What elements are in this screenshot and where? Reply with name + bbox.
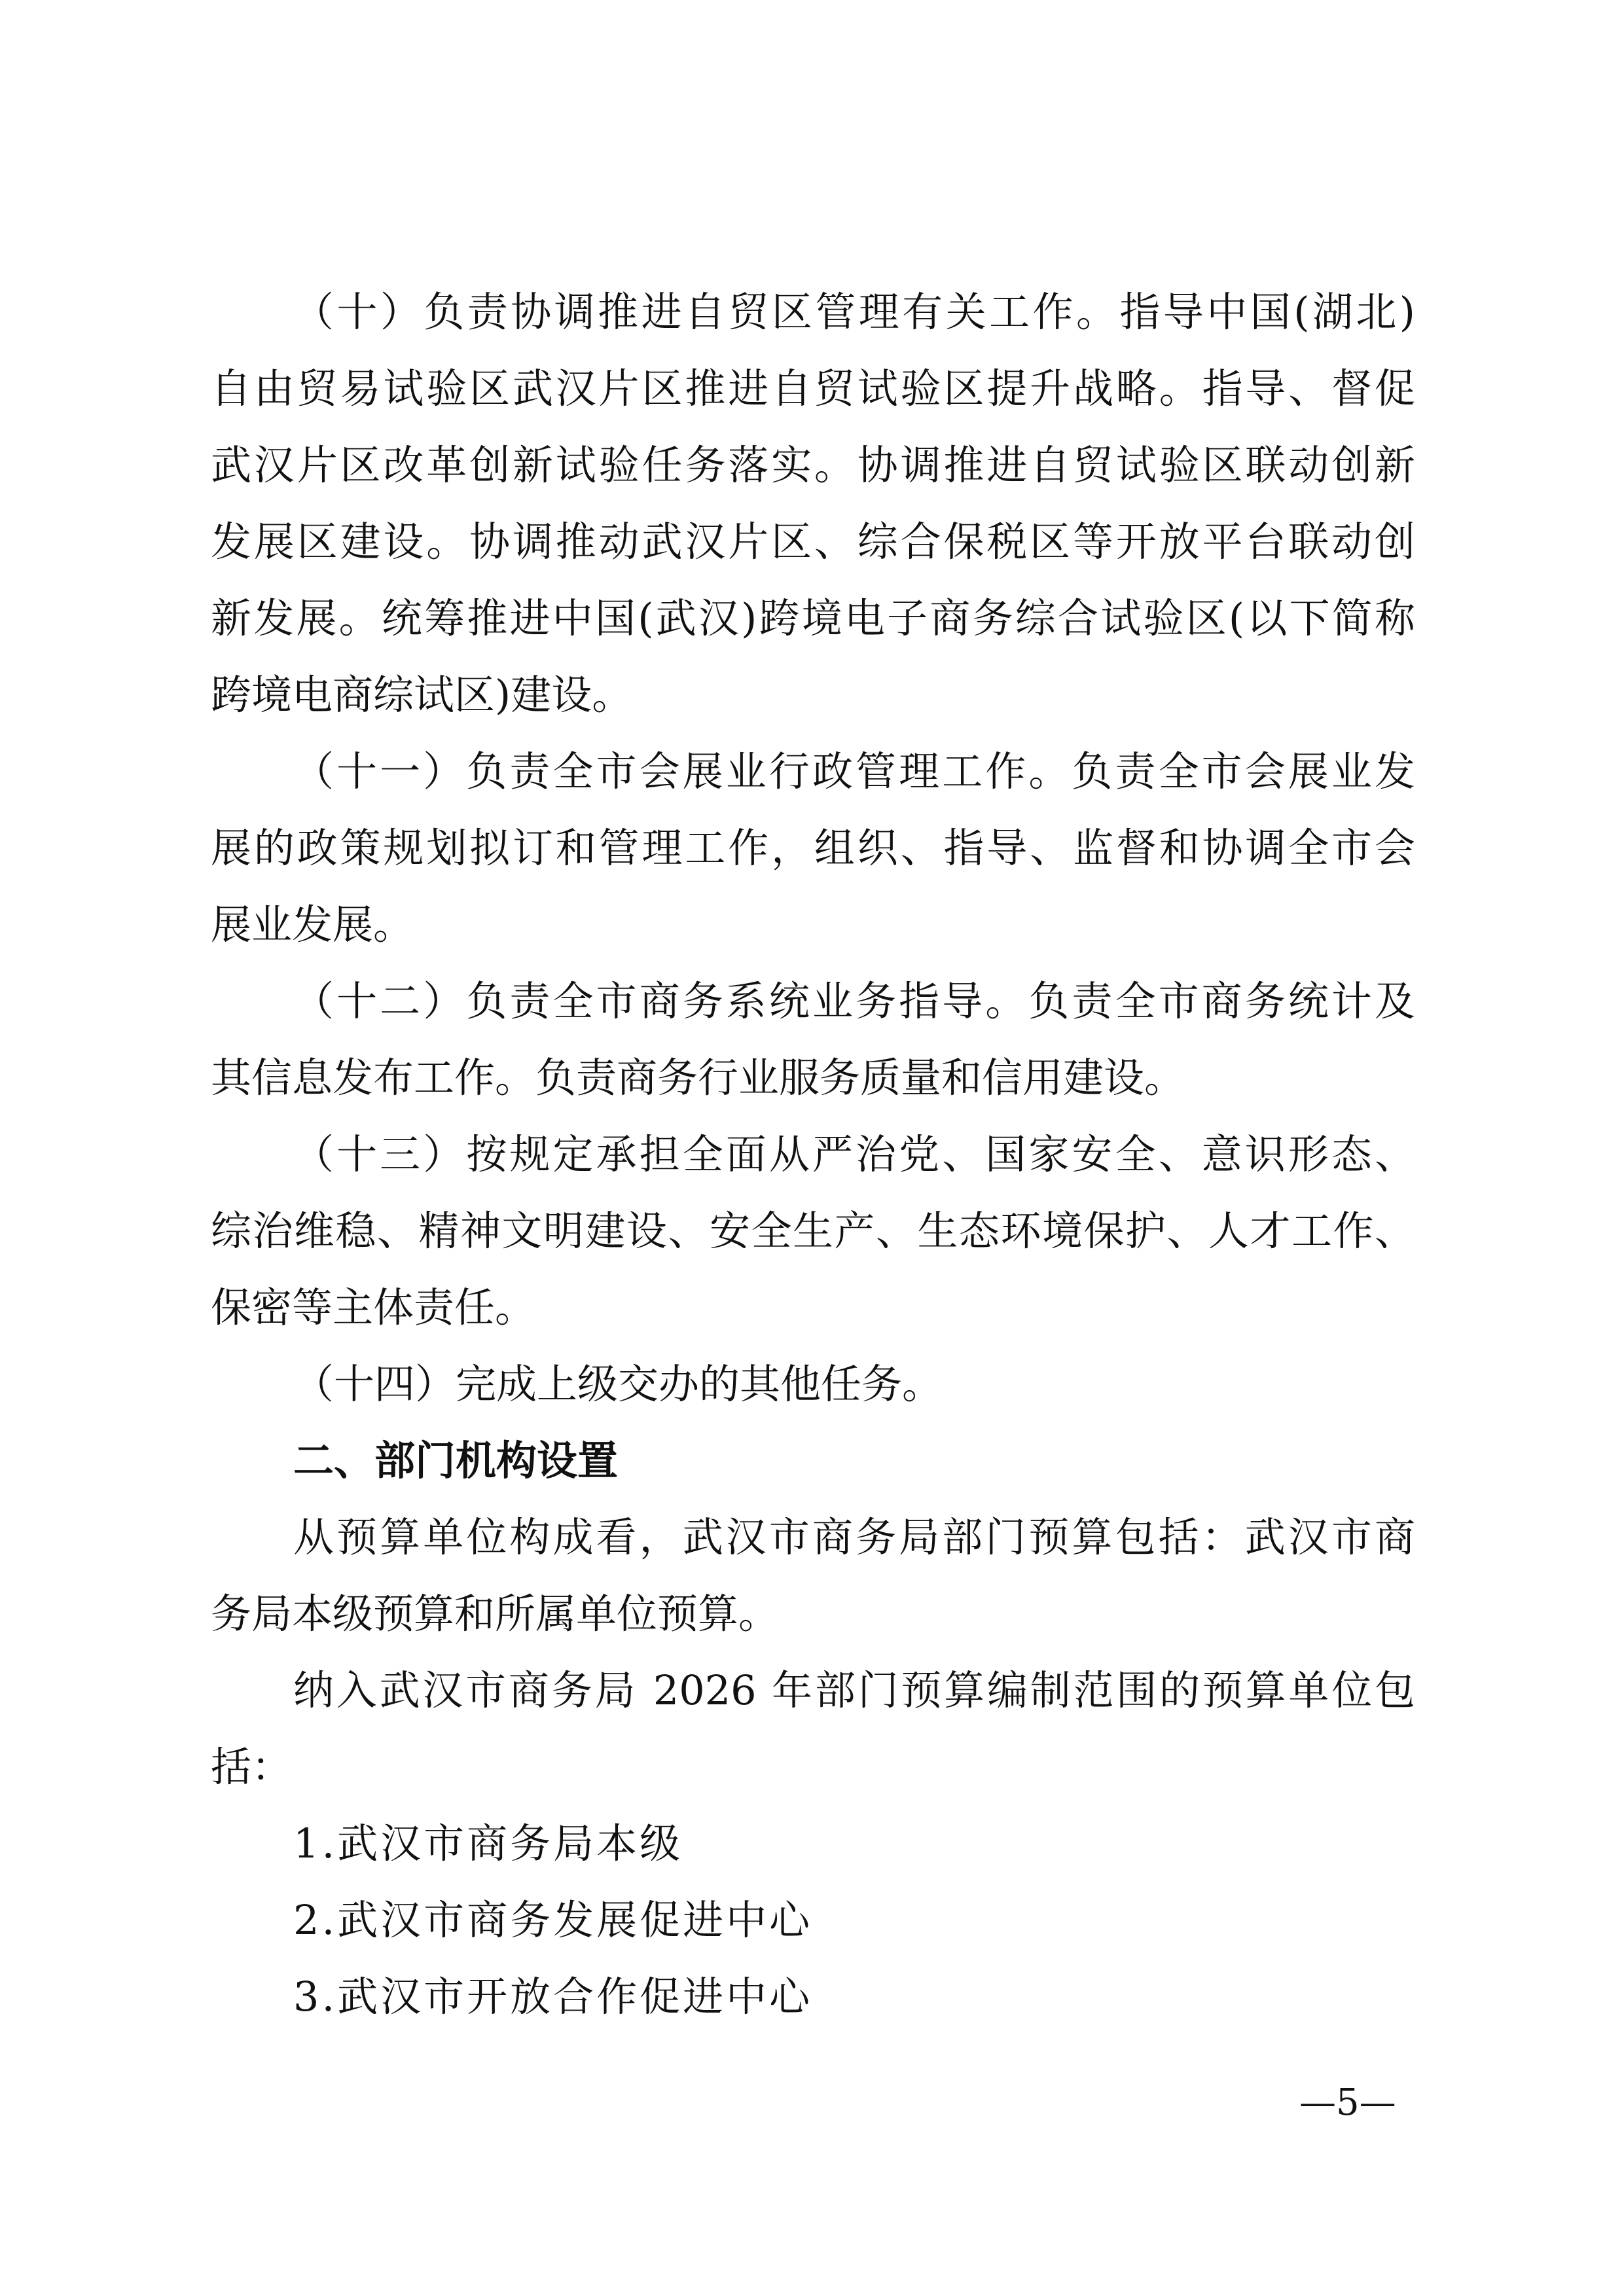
- text-line: 务局本级预算和所属单位预算。: [211, 1575, 1415, 1652]
- text-line: （十一）负责全市会展业行政管理工作。负责全市会展业发: [211, 733, 1415, 810]
- text-line: 综治维稳、精神文明建设、安全生产、生态环境保护、人才工作、: [211, 1193, 1415, 1269]
- paragraph-item-11: （十一）负责全市会展业行政管理工作。负责全市会展业发 展的政策规划拟订和管理工作…: [211, 733, 1415, 963]
- text-line: 武汉片区改革创新试验任务落实。协调推进自贸试验区联动创新: [211, 427, 1415, 503]
- list-item: 1.武汉市商务局本级: [211, 1805, 1415, 1882]
- list-item: 3.武汉市开放合作促进中心: [211, 1958, 1415, 2035]
- text-line: 展的政策规划拟订和管理工作，组织、指导、监督和协调全市会: [211, 810, 1415, 886]
- budget-unit-list: 1.武汉市商务局本级 2.武汉市商务发展促进中心 3.武汉市开放合作促进中心: [211, 1805, 1415, 2035]
- paragraph-item-14: （十四）完成上级交办的其他任务。: [211, 1346, 1415, 1422]
- text-line: （十三）按规定承担全面从严治党、国家安全、意识形态、: [211, 1116, 1415, 1193]
- paragraph-item-12: （十二）负责全市商务系统业务指导。负责全市商务统计及 其信息发布工作。负责商务行…: [211, 963, 1415, 1116]
- text-line: 发展区建设。协调推动武汉片区、综合保税区等开放平台联动创: [211, 503, 1415, 580]
- text-line: （十）负责协调推进自贸区管理有关工作。指导中国(湖北): [211, 274, 1415, 350]
- page-number: —5—: [1299, 2081, 1396, 2124]
- text-line: 新发展。统筹推进中国(武汉)跨境电子商务综合试验区(以下简称: [211, 580, 1415, 656]
- list-item: 2.武汉市商务发展促进中心: [211, 1882, 1415, 1958]
- text-line: 自由贸易试验区武汉片区推进自贸试验区提升战略。指导、督促: [211, 350, 1415, 427]
- text-line: 纳入武汉市商务局 2026 年部门预算编制范围的预算单位包: [211, 1652, 1415, 1729]
- text-line: 从预算单位构成看，武汉市商务局部门预算包括：武汉市商: [211, 1499, 1415, 1575]
- section-heading: 二、部门机构设置: [211, 1422, 1415, 1499]
- paragraph-item-10: （十）负责协调推进自贸区管理有关工作。指导中国(湖北) 自由贸易试验区武汉片区推…: [211, 274, 1415, 733]
- text-line: 跨境电商综试区)建设。: [211, 656, 1415, 733]
- text-line: 保密等主体责任。: [211, 1269, 1415, 1346]
- text-line: 其信息发布工作。负责商务行业服务质量和信用建设。: [211, 1039, 1415, 1116]
- document-page: （十）负责协调推进自贸区管理有关工作。指导中国(湖北) 自由贸易试验区武汉片区推…: [0, 0, 1624, 2296]
- text-line: 展业发展。: [211, 886, 1415, 963]
- paragraph-budget-scope: 纳入武汉市商务局 2026 年部门预算编制范围的预算单位包 括：: [211, 1652, 1415, 1805]
- paragraph-budget-composition: 从预算单位构成看，武汉市商务局部门预算包括：武汉市商 务局本级预算和所属单位预算…: [211, 1499, 1415, 1652]
- text-line: （十二）负责全市商务系统业务指导。负责全市商务统计及: [211, 963, 1415, 1039]
- text-line: （十四）完成上级交办的其他任务。: [211, 1346, 1415, 1422]
- text-line: 括：: [211, 1729, 1415, 1805]
- document-body: （十）负责协调推进自贸区管理有关工作。指导中国(湖北) 自由贸易试验区武汉片区推…: [211, 274, 1415, 2035]
- paragraph-item-13: （十三）按规定承担全面从严治党、国家安全、意识形态、 综治维稳、精神文明建设、安…: [211, 1116, 1415, 1346]
